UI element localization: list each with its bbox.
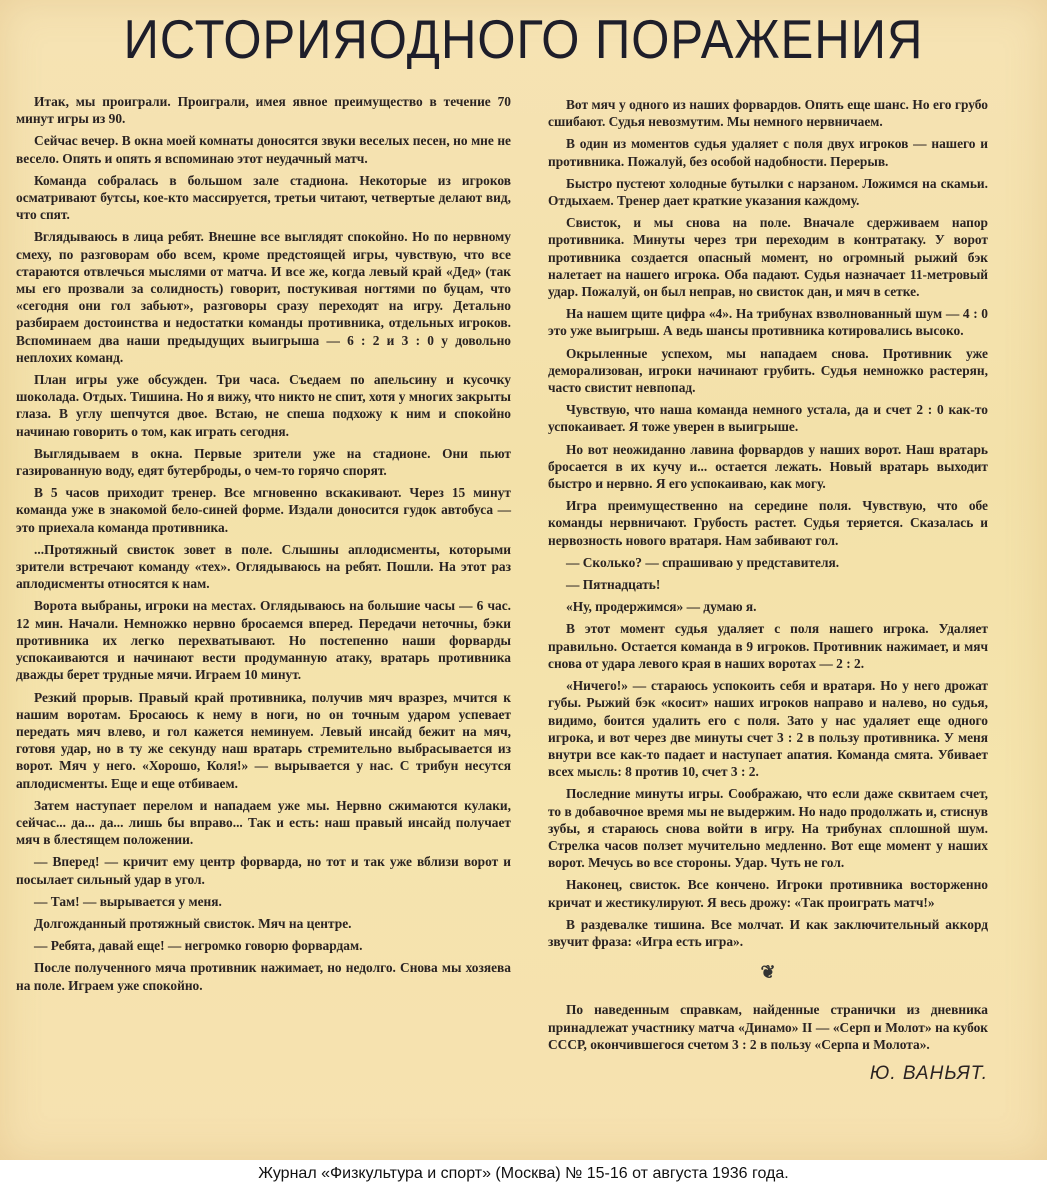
- paragraph: Игра преимущественно на середине поля. Ч…: [548, 497, 988, 549]
- paragraph: ...Протяжный свисток зовет в поле. Слышн…: [16, 541, 511, 593]
- paragraph: Последние минуты игры. Соображаю, что ес…: [548, 785, 988, 871]
- paragraph: На нашем щите цифра «4». На трибунах взв…: [548, 305, 988, 339]
- paragraph: Затем наступает перелом и нападаем уже м…: [16, 797, 511, 849]
- author-signature: Ю. ВАНЬЯТ.: [548, 1065, 988, 1082]
- right-column: Вот мяч у одного из наших форвардов. Опя…: [548, 96, 988, 1082]
- paragraph: Быстро пустеют холодные бутылки с нарзан…: [548, 175, 988, 209]
- paragraph: — Там! — вырывается у меня.: [16, 893, 511, 910]
- paragraph: В 5 часов приходит тренер. Все мгновенно…: [16, 484, 511, 536]
- paragraph: После полученного мяча противник нажимае…: [16, 959, 511, 993]
- paragraph: В этот момент судья удаляет с поля нашег…: [548, 620, 988, 672]
- paragraph: В раздевалке тишина. Все молчат. И как з…: [548, 916, 988, 950]
- paragraph: Наконец, свисток. Все кончено. Игроки пр…: [548, 876, 988, 910]
- paragraph: Чувствую, что наша команда немного устал…: [548, 401, 988, 435]
- paragraph: Резкий прорыв. Правый край противника, п…: [16, 689, 511, 792]
- paragraph: Вглядываюсь в лица ребят. Внешне все выг…: [16, 228, 511, 366]
- paragraph: — Пятнадцать!: [548, 576, 988, 593]
- paragraph: — Вперед! — кричит ему центр форварда, н…: [16, 853, 511, 887]
- paragraph: Свисток, и мы снова на поле. Вначале сде…: [548, 214, 988, 300]
- headline: ИСТОРИЯОДНОГО ПОРАЖЕНИЯ: [0, 9, 1047, 72]
- paragraph: Но вот неожиданно лавина форвардов у наш…: [548, 441, 988, 493]
- editorial-note: По наведенным справкам, найденные страни…: [548, 1001, 988, 1053]
- paragraph: — Ребята, давай еще! — негромко говорю ф…: [16, 937, 511, 954]
- paragraph: «Ну, продержимся» — думаю я.: [548, 598, 988, 615]
- editorial-note-text: По наведенным справкам, найденные страни…: [548, 1001, 988, 1053]
- paragraph: Сейчас вечер. В окна моей комнаты донося…: [16, 132, 511, 166]
- paragraph: План игры уже обсужден. Три часа. Съедае…: [16, 371, 511, 440]
- left-column: Итак, мы проиграли. Проиграли, имея явно…: [16, 93, 511, 999]
- ornament-icon: ❦: [548, 964, 988, 981]
- newspaper-clipping: ИСТОРИЯОДНОГО ПОРАЖЕНИЯ Итак, мы проигра…: [0, 0, 1047, 1160]
- paragraph: В один из моментов судья удаляет с поля …: [548, 135, 988, 169]
- image-caption: Журнал «Физкультура и спорт» (Москва) № …: [0, 1165, 1047, 1183]
- paragraph: Вот мяч у одного из наших форвардов. Опя…: [548, 96, 988, 130]
- paragraph: «Ничего!» — стараюсь успокоить себя и вр…: [548, 677, 988, 780]
- paragraph: Долгожданный протяжный свисток. Мяч на ц…: [16, 915, 511, 932]
- paragraph: Выглядываем в окна. Первые зрители уже н…: [16, 445, 511, 479]
- paragraph: Окрыленные успехом, мы нападаем снова. П…: [548, 345, 988, 397]
- paragraph: Команда собралась в большом зале стадион…: [16, 172, 511, 224]
- right-column-paragraphs: Вот мяч у одного из наших форвардов. Опя…: [548, 96, 988, 950]
- paragraph: — Сколько? — спрашиваю у представителя.: [548, 554, 988, 571]
- paragraph: Итак, мы проиграли. Проиграли, имея явно…: [16, 93, 511, 127]
- paragraph: Ворота выбраны, игроки на местах. Огляды…: [16, 597, 511, 683]
